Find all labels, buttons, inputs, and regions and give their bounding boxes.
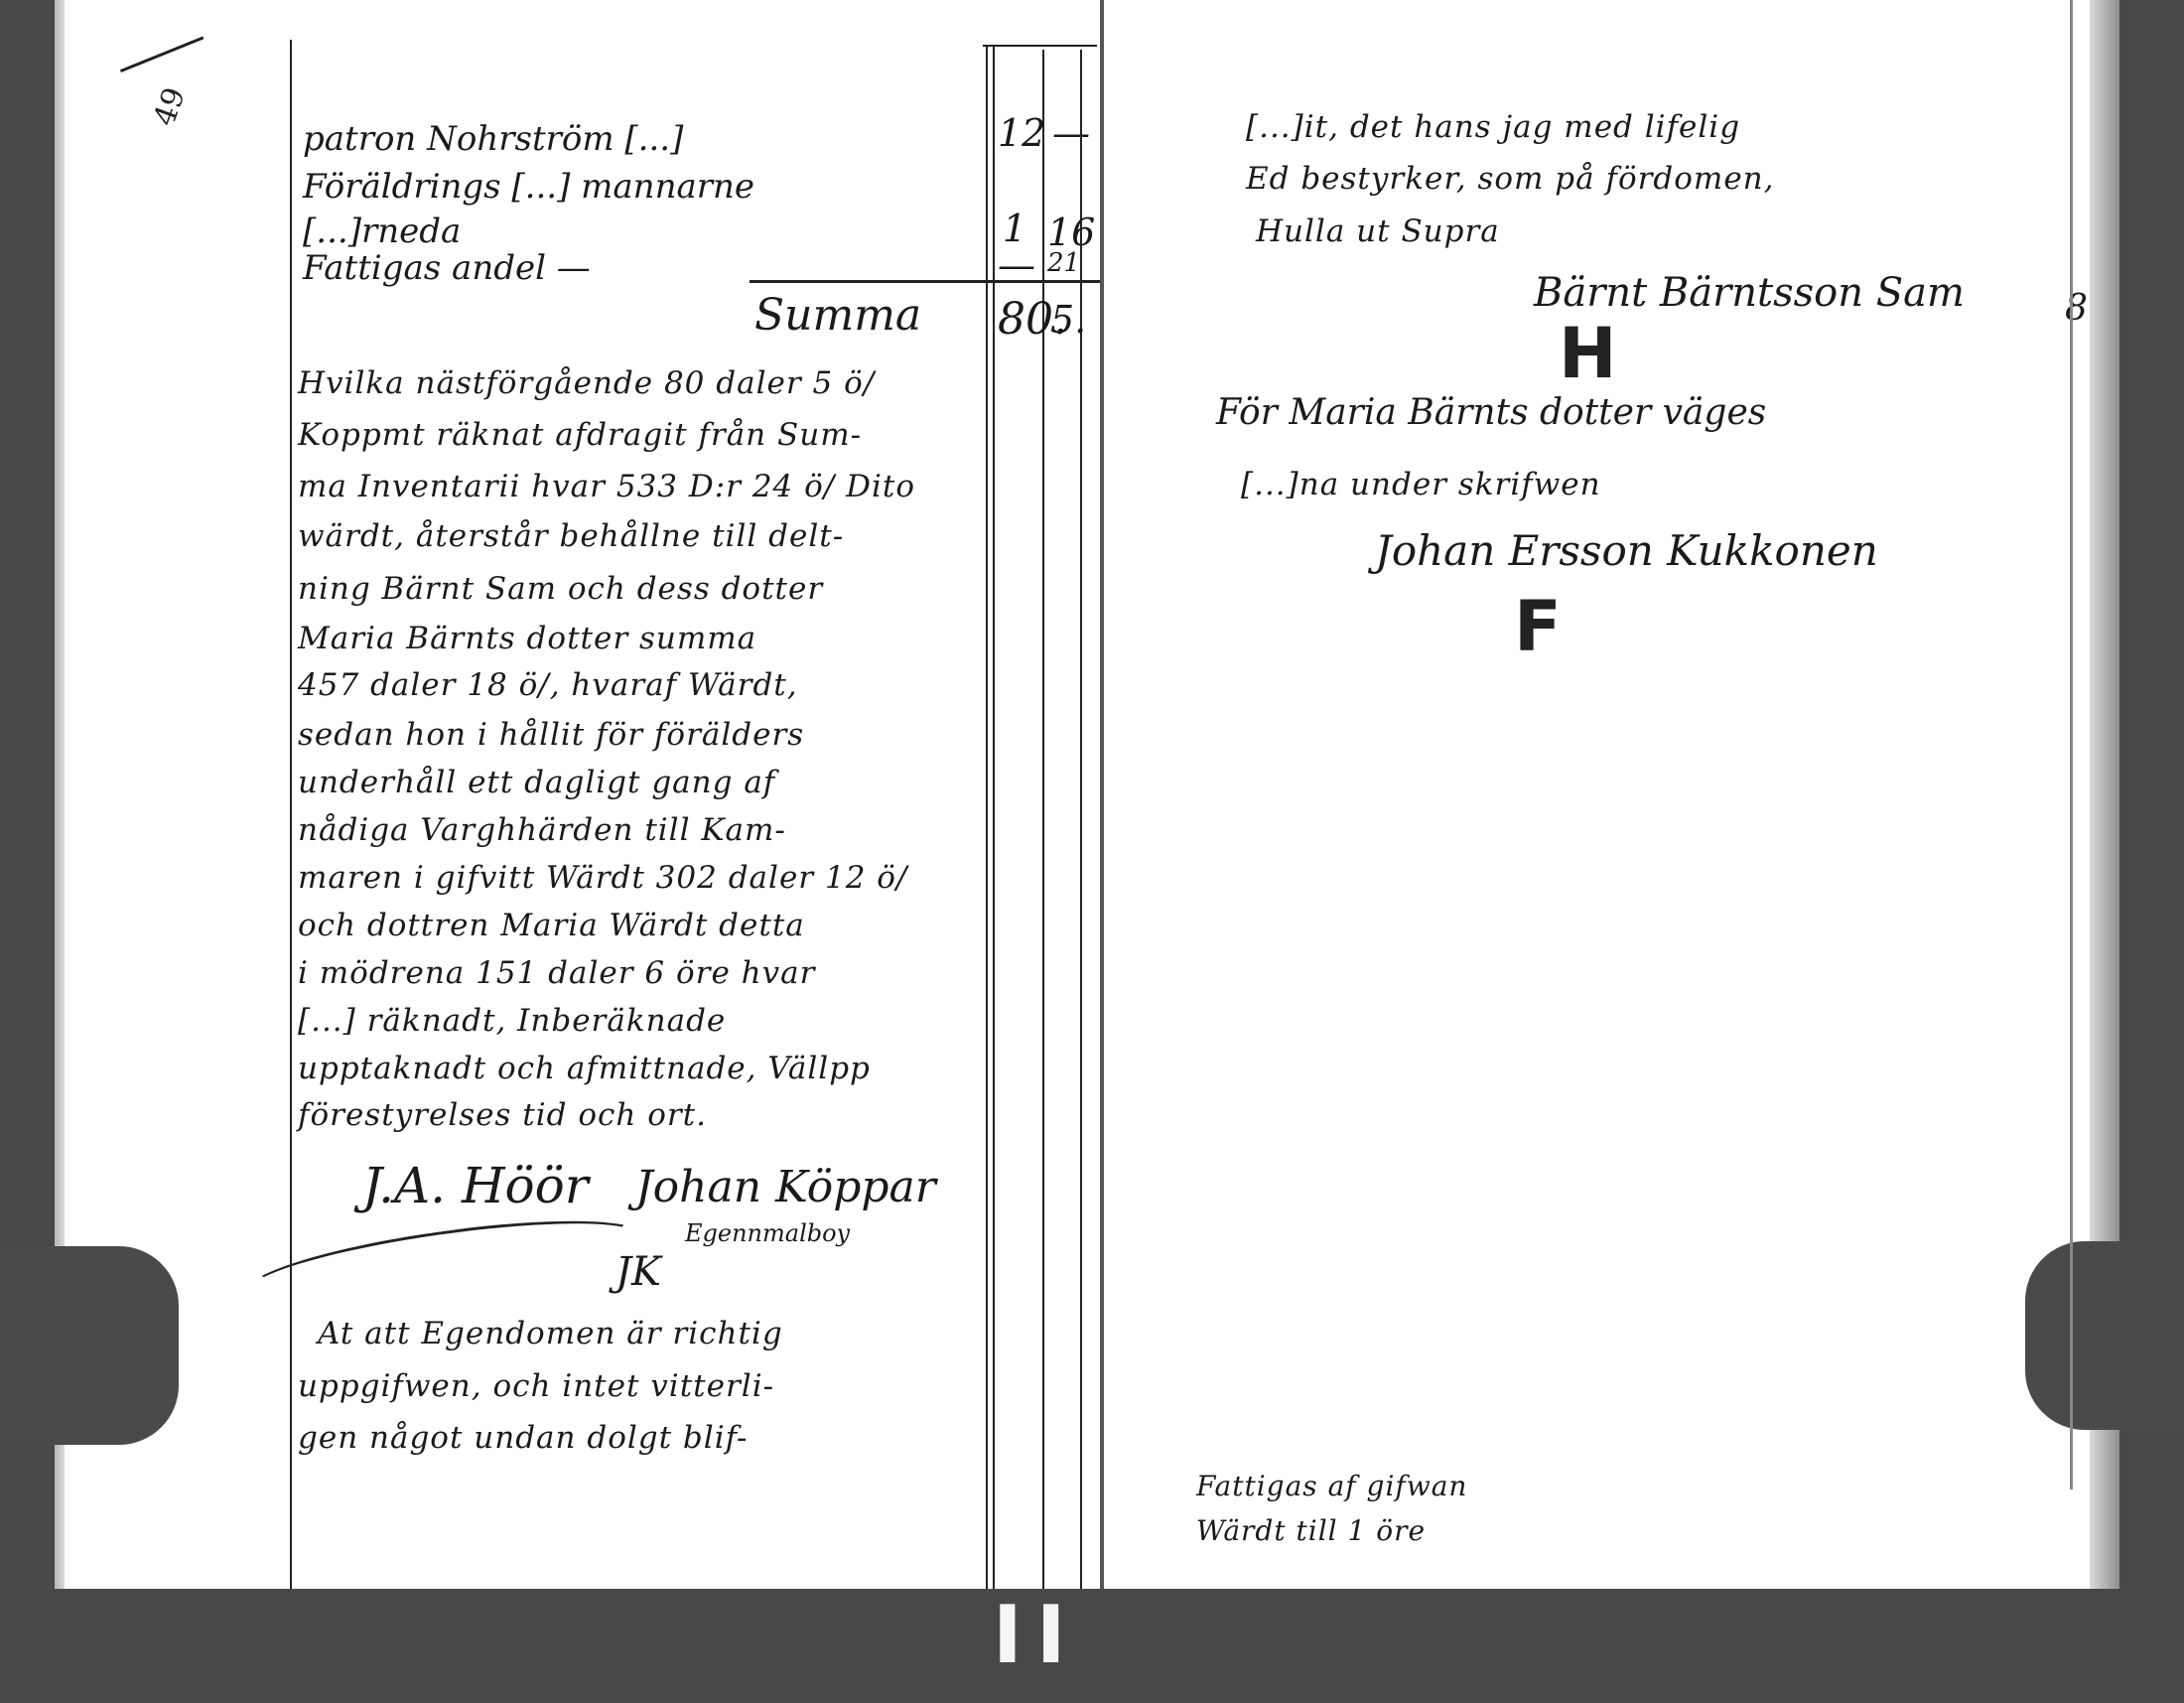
- ledger-row-daler: 12: [998, 111, 1045, 155]
- left-margin-rule: [290, 40, 292, 1589]
- body-line: upptaknadt och afmittnade, Vällpp: [298, 1051, 871, 1086]
- signature-koppar-role: Egennmalboy: [685, 1219, 850, 1247]
- ledger-row-ore: 21: [1047, 248, 1080, 278]
- right-edge-shadow: [2090, 0, 2184, 1703]
- mark-h: H: [1559, 313, 1617, 394]
- summa-ore: 5.: [1050, 298, 1086, 342]
- ledger-row-label: Föräldrings [...] mannarne: [303, 167, 754, 207]
- bottom-volume-marker: II: [993, 1589, 1080, 1681]
- left-edge-shadow: [0, 0, 65, 1703]
- ledger-row-daler: —: [998, 243, 1035, 287]
- mark-f: F: [1514, 586, 1562, 667]
- daler-column-rule: [986, 45, 988, 1589]
- ledger-row-label: Fattigas andel —: [303, 248, 591, 288]
- ledger-row-ore: —: [1052, 111, 1090, 155]
- margin-note-line: Fattigas af gifwan: [1196, 1470, 1467, 1502]
- body-line: sedan hon i hållit för förälders: [298, 717, 804, 753]
- body-line: 457 daler 18 ö/, hvaraf Wärdt,: [298, 667, 798, 703]
- body-line: Hvilka nästförgående 80 daler 5 ö/: [298, 365, 875, 401]
- body-line: Koppmt räknat afdragit från Sum-: [298, 417, 862, 453]
- closing-line: uppgifwen, och intet vitterli-: [298, 1368, 774, 1404]
- right-body-line: [...]it, det hans jag med lifelig: [1246, 109, 1740, 145]
- body-line: wärdt, återstår behållne till delt-: [298, 518, 844, 554]
- ledger-row-label: [...]rneda: [303, 212, 461, 251]
- body-line: och dottren Maria Wärdt detta: [298, 908, 805, 943]
- closing-line: At att Egendomen är richtig: [318, 1316, 783, 1351]
- signature-johan-ersson: Johan Ersson Kukkonen: [1375, 526, 1878, 575]
- daler-column-rule-2: [993, 45, 995, 1589]
- ledger-row-label: patron Nohrström [...]: [303, 119, 683, 159]
- mark-jk: JK: [615, 1249, 661, 1295]
- edge-fragment: 8: [2065, 288, 2088, 329]
- body-line: nådiga Varghhärden till Kam-: [298, 812, 786, 848]
- margin-note-line: Wärdt till 1 öre: [1196, 1514, 1426, 1547]
- signature-hoor: J.A. Höör: [362, 1157, 589, 1214]
- signature-line-maria-2: [...]na under skrifwen: [1241, 467, 1601, 502]
- summa-label: Summa: [754, 290, 921, 341]
- signature-line-maria: För Maria Bärnts dotter väges: [1216, 392, 1766, 433]
- signature-koppar: Johan Köppar: [635, 1162, 936, 1212]
- left-clip-shadow: [0, 1246, 179, 1445]
- body-line: maren i gifvitt Wärdt 302 daler 12 ö/: [298, 860, 907, 896]
- summa-rule: [750, 280, 1100, 283]
- closing-line: gen något undan dolgt blif-: [298, 1420, 748, 1456]
- body-line: [...] räknadt, Inberäknade: [298, 1003, 726, 1039]
- center-gutter-rule: [1100, 0, 1104, 1589]
- right-body-line: Hulla ut Supra: [1256, 213, 1500, 249]
- body-line: underhåll ett dagligt gang af: [298, 765, 775, 800]
- body-line: ning Bärnt Sam och dess dotter: [298, 571, 823, 607]
- bottom-edge-shadow: [0, 1589, 2184, 1703]
- right-clip-shadow: [2025, 1241, 2184, 1430]
- body-line: Maria Bärnts dotter summa: [298, 621, 756, 656]
- top-rule: [983, 45, 1097, 47]
- right-body-line: Ed bestyrker, som på fördomen,: [1246, 161, 1775, 197]
- body-line: i mödrena 151 daler 6 öre hvar: [298, 955, 815, 991]
- body-line: förestyrelses tid och ort.: [298, 1097, 707, 1133]
- body-line: ma Inventarii hvar 533 D:r 24 ö/ Dito: [298, 469, 915, 504]
- signature-barnt-barntsson: Bärnt Bärntsson Sam: [1534, 270, 1965, 316]
- right-edge-rule: [2070, 0, 2073, 1490]
